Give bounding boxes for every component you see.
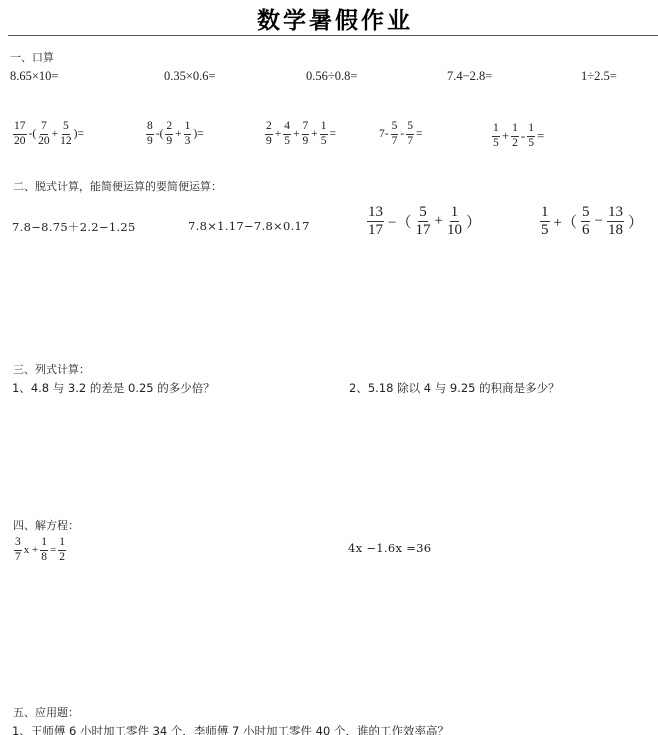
oral-calc-fraction-5: 15+12-15= bbox=[491, 123, 545, 149]
oral-calc-fraction-4: 7-57-57= bbox=[378, 121, 423, 147]
oral-calc-2: 0.35×0.6= bbox=[164, 69, 216, 84]
oral-calc-5: 1÷2.5= bbox=[581, 69, 617, 84]
oral-calc-4: 7.4−2.8= bbox=[447, 69, 492, 84]
oral-calc-1: 8.65×10= bbox=[10, 69, 58, 84]
word-calc-question-2: 2、5.18 除以 4 与 9.25 的积商是多少？ bbox=[349, 380, 560, 396]
section-1-heading: 一、口算 bbox=[10, 49, 54, 65]
title-divider bbox=[8, 35, 658, 36]
equation-2: 4x −1.6x =36 bbox=[348, 541, 431, 555]
word-calc-question-1: 1、4.8 与 3.2 的差是 0.25 的多少倍？ bbox=[12, 380, 215, 396]
oral-calc-fraction-1: 1720-(720+512)= bbox=[12, 121, 85, 147]
section-3-heading: 三、列式计算： bbox=[13, 361, 90, 377]
simplify-problem-4: 15+（56−1318） bbox=[539, 205, 646, 238]
section-2-heading: 二、脱式计算，能简便运算的要简便运算： bbox=[13, 178, 222, 194]
oral-calc-fraction-2: 89-(29+13)= bbox=[145, 121, 205, 147]
page-title: 数学暑假作业 bbox=[0, 2, 658, 35]
section-4-heading: 四、解方程： bbox=[13, 517, 79, 533]
simplify-problem-2: 7.8×1.17−7.8×0.17 bbox=[188, 219, 310, 233]
application-question-1: 1、王师傅 6 小时加工零件 34 个，李师傅 7 小时加工零件 40 个，谁的… bbox=[12, 723, 449, 735]
simplify-problem-1: 7.8−8.75＋2.2−1.25 bbox=[12, 219, 136, 235]
simplify-problem-3: 1317−（517+110） bbox=[366, 205, 484, 238]
oral-calc-3: 0.56÷0.8= bbox=[306, 69, 357, 84]
oral-calc-fraction-3: 29+45+79+15= bbox=[264, 121, 337, 147]
section-5-heading: 五、应用题： bbox=[13, 704, 79, 720]
equation-1: 37x +18=12 bbox=[13, 537, 67, 563]
